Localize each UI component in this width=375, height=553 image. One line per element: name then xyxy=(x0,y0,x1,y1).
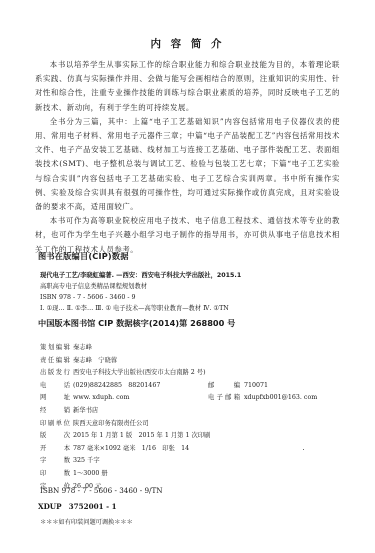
imprint-label: 开本 xyxy=(40,443,73,456)
summary-paragraph: 全书分为三篇，其中：上篇“电子工艺基础知识”内容包括常用电子仪器仪表的使用、常用… xyxy=(35,115,340,214)
imprint-label: 策划编辑 xyxy=(40,342,73,355)
imprint-value: 325 千字 xyxy=(73,455,100,468)
imprint-value: 新华书店 xyxy=(73,405,98,418)
cip-record-number: 中国版本图书馆 CIP 数据核字(2014)第 268800 号 xyxy=(38,318,235,329)
imprint-row-planning-editor: 策划编辑 秦志峰 xyxy=(40,342,340,355)
imprint-row-responsible-editor: 责任编辑 秦志峰 宁晓蓉 xyxy=(40,355,340,368)
imprint-label: 版次 xyxy=(40,430,73,443)
imprint-label: 经销 xyxy=(40,405,73,418)
xdup-code: XDUP 3752001 - 1 xyxy=(38,502,117,512)
imprint-label: 出版发行 xyxy=(40,367,73,380)
imprint-row-distributor: 经销 新华书店 xyxy=(40,405,340,418)
imprint-value: 710071 xyxy=(244,380,268,393)
print-speck xyxy=(303,449,304,450)
imprint-value: 西安电子科技大学出版社(西安市太白南路 2 号) xyxy=(73,367,206,380)
imprint-label: 印数 xyxy=(40,468,73,481)
cip-subject-line: Ⅰ. ①现… Ⅱ. ①李… Ⅲ. ① 电子技术—高等职业教育—教材 Ⅳ. ①TN xyxy=(40,303,340,314)
imprint-row-print-run: 印数 1～3000 册 xyxy=(40,468,340,481)
imprint-value: 秦志峰 xyxy=(73,342,92,355)
imprint-label: 电子邮箱 xyxy=(208,392,244,405)
cip-heading: 图书在版编目(CIP)数据 xyxy=(38,251,129,262)
imprint-row-phone: 电话 (029)88242885 88201467 邮编 710071 xyxy=(40,380,340,393)
cip-title-line: 现代电子工艺/李晓虹编著. —西安：西安电子科技大学出版社，2015.1 xyxy=(40,270,340,281)
imprint-value: (029)88242885 88201467 xyxy=(73,380,208,393)
summary-paragraph: 本书以培养学生从事实际工作的综合职业能力和综合职业技能为目的，本着理论联系实践、… xyxy=(35,58,340,115)
imprint-label: 电话 xyxy=(40,380,73,393)
imprint-row-edition: 版次 2015 年 1 月第 1 版 2015 年 1 月第 1 次印刷 xyxy=(40,430,340,443)
imprint-value: 陕西天意印务有限责任公司 xyxy=(73,418,149,431)
imprint-value: 787 毫米×1092 毫米 1/16 印张 14 xyxy=(73,443,189,456)
imprint-block: 策划编辑 秦志峰 责任编辑 秦志峰 宁晓蓉 出版发行 西安电子科技大学出版社(西… xyxy=(40,342,340,493)
imprint-value: www. xduph. com xyxy=(73,392,208,405)
imprint-row-publisher: 出版发行 西安电子科技大学出版社(西安市太白南路 2 号) xyxy=(40,367,340,380)
cip-series-line: 高职高专电子信息类精品课程规划教材 xyxy=(40,281,340,292)
content-summary: 本书以培养学生从事实际工作的综合职业能力和综合职业技能为目的，本着理论联系实践、… xyxy=(35,58,340,257)
imprint-row-format: 开本 787 毫米×1092 毫米 1/16 印张 14 xyxy=(40,443,340,456)
imprint-row-printer: 印刷单位 陕西天意印务有限责任公司 xyxy=(40,418,340,431)
isbn-classification: ISBN 978 - 7 - 5606 - 3460 - 9/TN xyxy=(40,486,163,495)
imprint-label: 责任编辑 xyxy=(40,355,73,368)
imprint-label: 字数 xyxy=(40,455,73,468)
cip-data: 现代电子工艺/李晓虹编著. —西安：西安电子科技大学出版社，2015.1 高职高… xyxy=(40,270,340,314)
copyright-page: 内 容 简 介 本书以培养学生从事实际工作的综合职业能力和综合职业技能为目的，本… xyxy=(0,0,375,553)
cip-isbn-line: ISBN 978 - 7 - 5606 - 3460 - 9 xyxy=(40,292,340,303)
imprint-row-word-count: 字数 325 千字 xyxy=(40,455,340,468)
imprint-value: 秦志峰 宁晓蓉 xyxy=(73,355,117,368)
imprint-row-website: 网址 www. xduph. com 电子邮箱 xdupfxb001@163. … xyxy=(40,392,340,405)
imprint-label: 印刷单位 xyxy=(40,418,73,431)
imprint-value: 2015 年 1 月第 1 版 2015 年 1 月第 1 次印刷 xyxy=(73,430,210,443)
replacement-notice: ＊＊＊如有印装问题可调换＊＊＊ xyxy=(40,517,133,526)
page-title: 内 容 简 介 xyxy=(0,36,375,51)
imprint-value: 1～3000 册 xyxy=(73,468,108,481)
imprint-label: 网址 xyxy=(40,392,73,405)
imprint-label: 邮编 xyxy=(208,380,244,393)
imprint-value: xdupfxb001@163. com xyxy=(244,392,317,405)
